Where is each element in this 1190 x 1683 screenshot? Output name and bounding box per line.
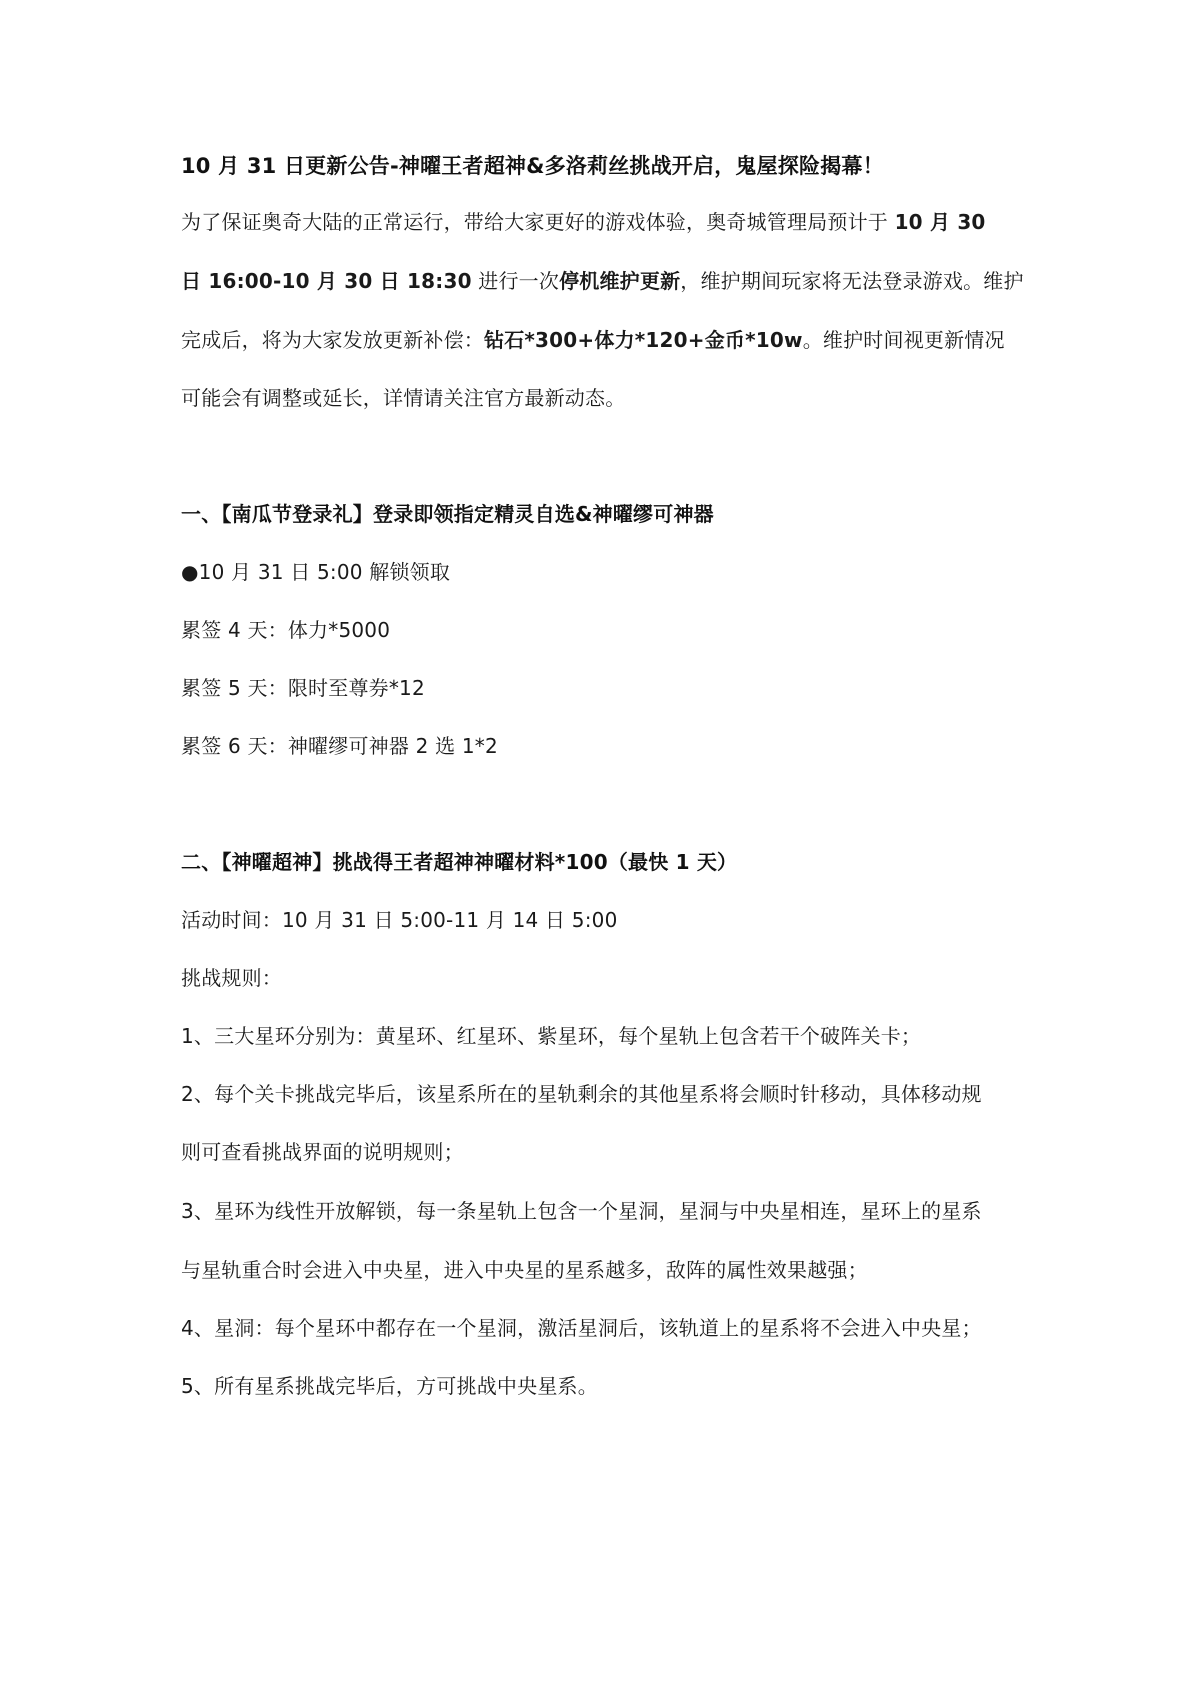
intro-text: ，维护期间玩家将无法登录游戏。维护 <box>680 269 1023 293</box>
rule-line: 则可查看挑战界面的说明规则； <box>181 1138 464 1166</box>
section-2-time: 活动时间：10 月 31 日 5:00-11 月 14 日 5:00 <box>181 906 618 934</box>
intro-text: 。维护时间视更新情况 <box>803 328 1005 352</box>
section-1-item: 累签 6 天：神曜缪可神器 2 选 1*2 <box>181 732 498 760</box>
intro-text: 完成后，将为大家发放更新补偿： <box>181 328 484 352</box>
intro-paragraph-line-1: 为了保证奥奇大陆的正常运行，带给大家更好的游戏体验，奥奇城管理局预计于 10 月… <box>181 208 986 236</box>
rule-line: 2、每个关卡挑战完毕后，该星系所在的星轨剩余的其他星系将会顺时针移动，具体移动规 <box>181 1080 982 1108</box>
rule-line: 4、星洞：每个星环中都存在一个星洞，激活星洞后，该轨道上的星系将不会进入中央星； <box>181 1314 982 1342</box>
intro-bold-time: 日 16:00-10 月 30 日 18:30 <box>181 269 472 293</box>
intro-paragraph-line-3: 完成后，将为大家发放更新补偿：钻石*300+体力*120+金币*10w。维护时间… <box>181 326 1005 354</box>
intro-paragraph-line-4: 可能会有调整或延长，详情请关注官方最新动态。 <box>181 384 625 412</box>
section-1-item: ●10 月 31 日 5:00 解锁领取 <box>181 558 450 586</box>
page-title: 10 月 31 日更新公告-神曜王者超神&多洛莉丝挑战开启，鬼屋探险揭幕！ <box>181 152 884 180</box>
intro-bold-maintenance: 停机维护更新 <box>559 269 680 293</box>
rule-line: 1、三大星环分别为：黄星环、红星环、紫星环，每个星轨上包含若干个破阵关卡； <box>181 1022 921 1050</box>
section-2-rules-label: 挑战规则： <box>181 964 282 992</box>
rule-line: 3、星环为线性开放解锁，每一条星轨上包含一个星洞，星洞与中央星相连，星环上的星系 <box>181 1197 982 1225</box>
intro-bold-date: 10 月 30 <box>895 210 986 234</box>
section-1-heading: 一、【南瓜节登录礼】登录即领指定精灵自选&神曜缪可神器 <box>181 500 714 528</box>
intro-bold-compensation: 钻石*300+体力*120+金币*10w <box>484 328 803 352</box>
intro-text: 为了保证奥奇大陆的正常运行，带给大家更好的游戏体验，奥奇城管理局预计于 <box>181 210 895 234</box>
intro-paragraph-line-2: 日 16:00-10 月 30 日 18:30 进行一次停机维护更新，维护期间玩… <box>181 267 1024 295</box>
rule-line: 与星轨重合时会进入中央星，进入中央星的星系越多，敌阵的属性效果越强； <box>181 1256 868 1284</box>
intro-text: 进行一次 <box>472 269 559 293</box>
section-2-heading: 二、【神曜超神】挑战得王者超神神曜材料*100（最快 1 天） <box>181 848 737 876</box>
rule-line: 5、所有星系挑战完毕后，方可挑战中央星系。 <box>181 1372 598 1400</box>
section-1-item: 累签 4 天：体力*5000 <box>181 616 390 644</box>
section-1-item: 累签 5 天：限时至尊券*12 <box>181 674 425 702</box>
intro-text: 可能会有调整或延长，详情请关注官方最新动态。 <box>181 386 625 410</box>
